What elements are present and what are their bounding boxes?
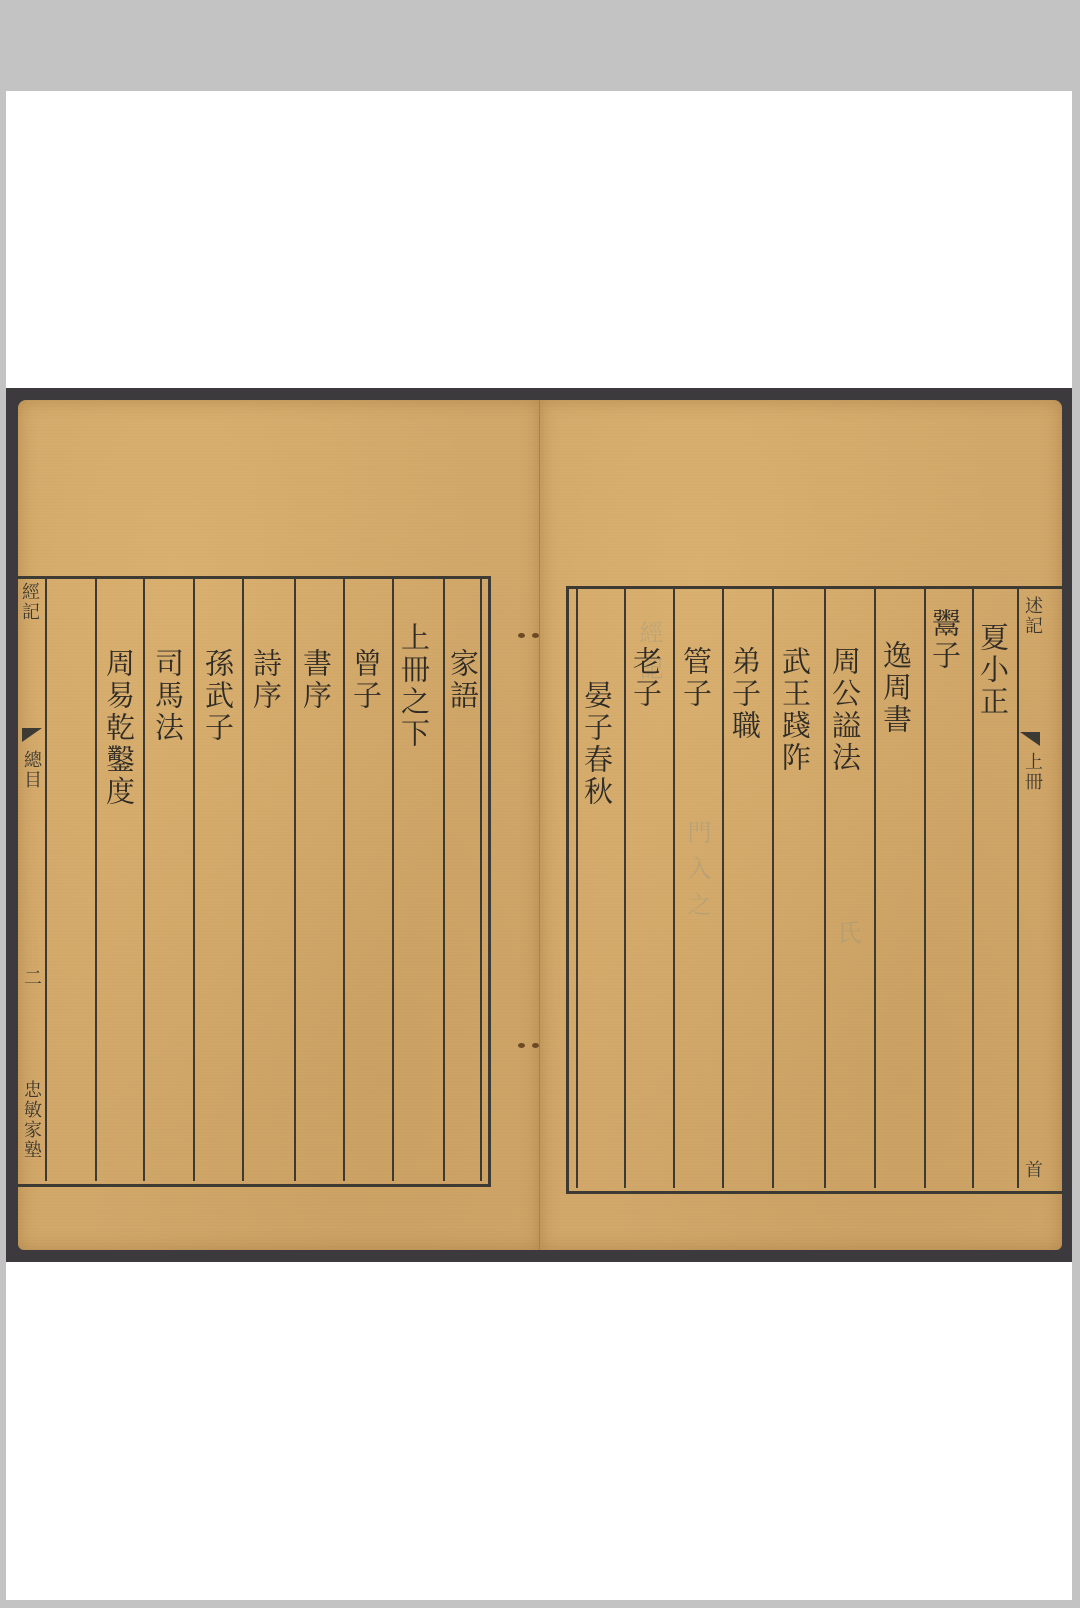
column-rule [624, 589, 626, 1188]
stitch-hole [532, 1043, 539, 1048]
toc-entry: 夏小正 [978, 622, 1007, 718]
toc-entry: 詩序 [251, 648, 280, 712]
margin-page-number: 二 [22, 968, 40, 988]
toc-entry: 弟子職 [730, 646, 759, 742]
toc-entry: 逸周書 [881, 640, 910, 736]
left-page: 經記 總目 二 忠敏家塾 家語 上冊之下 曾子 書序 詩序 孫武子 司馬法 周易… [18, 400, 540, 1250]
column-rule [972, 589, 974, 1188]
margin-title: 經記 [20, 582, 38, 622]
bleed-through-text: 氏 [830, 920, 865, 956]
column-rule [874, 589, 876, 1188]
column-rule [443, 579, 445, 1181]
toc-entry: 周易乾鑿度 [104, 648, 133, 808]
bleed-through-text: 門入之 [680, 820, 715, 928]
toc-entry: 家語 [448, 648, 477, 712]
margin-publisher: 忠敏家塾 [22, 1080, 40, 1160]
column-rule [924, 589, 926, 1188]
stitch-hole [518, 633, 525, 638]
toc-entry: 管子 [681, 646, 710, 710]
column-rule [95, 579, 97, 1181]
toc-entry: 書序 [301, 648, 330, 712]
toc-entry: 晏子春秋 [582, 680, 611, 808]
right-page: 經記 門入之 氏 述記 上冊 首 夏小正 鬻子 逸周書 周公謚法 武王踐阼 弟子… [540, 400, 1062, 1250]
fish-tail-marker-icon [1020, 732, 1040, 746]
column-rule [824, 589, 826, 1188]
column-rule [673, 589, 675, 1188]
toc-entry: 鬻子 [930, 608, 959, 672]
book-scan-image: 經記 總目 二 忠敏家塾 家語 上冊之下 曾子 書序 詩序 孫武子 司馬法 周易… [6, 388, 1072, 1262]
toc-entry: 老子 [631, 646, 660, 710]
margin-title: 述記 [1023, 596, 1041, 636]
stitch-hole [532, 633, 539, 638]
column-rule [45, 579, 47, 1181]
toc-entry: 上冊之下 [399, 622, 428, 750]
toc-entry: 周公謚法 [830, 646, 859, 774]
margin-footer: 首 [1023, 1160, 1041, 1180]
column-rule [193, 579, 195, 1181]
column-rule [343, 579, 345, 1181]
column-rule [722, 589, 724, 1188]
column-rule [480, 579, 482, 1181]
viewer-top-bar [0, 0, 1080, 90]
fish-tail-marker-icon [22, 728, 42, 742]
column-rule [392, 579, 394, 1181]
column-rule [1017, 589, 1019, 1188]
margin-section: 總目 [22, 750, 40, 790]
column-rule [242, 579, 244, 1181]
stitch-hole [518, 1043, 525, 1048]
column-rule [143, 579, 145, 1181]
margin-volume: 上冊 [1023, 752, 1041, 792]
toc-entry: 孫武子 [203, 648, 232, 744]
toc-entry: 武王踐阼 [780, 646, 809, 774]
toc-entry: 司馬法 [153, 648, 182, 744]
column-rule [294, 579, 296, 1181]
column-rule [772, 589, 774, 1188]
column-rule [576, 589, 578, 1188]
toc-entry: 曾子 [351, 648, 380, 712]
